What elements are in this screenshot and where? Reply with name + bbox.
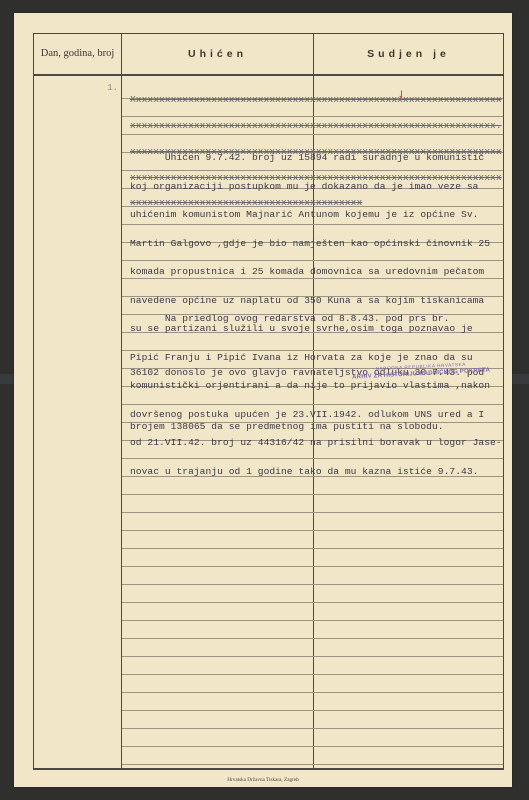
text-line: koj organizaciji postupkom mu je dokazan… [130,182,502,192]
column-header-arrested: Uhićen [122,34,313,74]
struck-line: Xxxxxxxxxxxxxxxxxxxxxxxxxxxxxxxxxxxxxxxx… [130,96,502,105]
column-header-date: Dan, godina, broj [34,34,121,74]
text-line: uhićenim komunistom Majnarić Antunom koj… [130,210,502,220]
text-line: Na priedlog ovog redarstva od 8.8.43. po… [130,310,502,328]
text-line: Martin Galgovo ,gdje je bio namješten ka… [130,239,502,249]
entry-number: 1. [94,83,118,93]
text-line: Uhićen 9.7.42. broj uz 15894 radi suradn… [130,153,502,163]
text-line: brojem 138065 da se predmetnog ima pusti… [130,418,502,436]
ledger-table: Dan, godina, broj Uhićen Sudjen je 1. Xx… [33,33,504,770]
document-page: Dan, godina, broj Uhićen Sudjen je 1. Xx… [14,13,512,787]
printer-imprint: Hrvatska Državna Tiskara, Zagreb [14,777,512,783]
struck-line: xxxxxxxxxxxxxxxxxxxxxxxxxxxxxxxxxxxxxxxx… [130,122,502,131]
column-header-sentenced: Sudjen je [314,34,503,74]
